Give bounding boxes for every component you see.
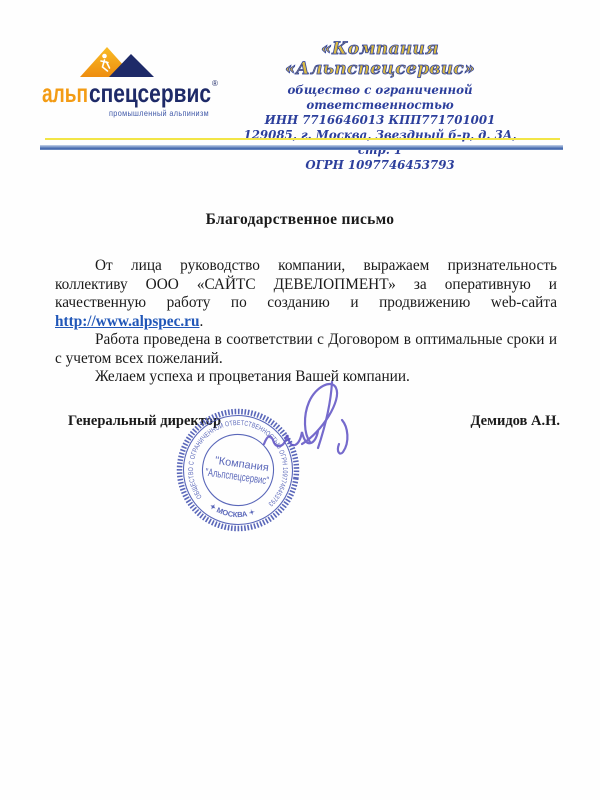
paragraph-1-period: . (199, 313, 203, 330)
letter-page: альп спецсервис ® промышленный альпинизм… (0, 0, 600, 800)
director-signature (252, 372, 367, 464)
logo-text-part2: спецсервис (89, 78, 211, 108)
paragraph-1: От лица руководство компании, выражаем п… (55, 257, 557, 331)
logo-tagline: промышленный альпинизм (109, 108, 209, 118)
company-ogrn: ОГРН 1097746453793 (232, 158, 528, 173)
paragraph-2: Работа проведена в соответствии с Догово… (55, 331, 557, 368)
company-inn-kpp: ИНН 7716646013 КПП771701001 (232, 113, 528, 128)
logo-text-part1: альп (42, 78, 88, 108)
website-link[interactable]: http://www.alpspec.ru (55, 313, 199, 330)
company-address: 129085, г. Москва, Звездный б-р, д. 3А, … (232, 128, 528, 158)
letter-title: Благодарственное письмо (0, 211, 600, 229)
divider-yellow (45, 138, 560, 140)
letterhead-info: «Компания «Альпспецсервис» общество с ог… (232, 39, 528, 173)
company-legal-form: общество с ограниченной ответственностью (232, 83, 528, 113)
company-title: «Компания «Альпспецсервис» (232, 39, 528, 79)
divider-blue (40, 145, 563, 150)
registered-mark-icon: ® (212, 79, 218, 88)
paragraph-1-text: От лица руководство компании, выражаем п… (55, 257, 557, 311)
letter-body: От лица руководство компании, выражаем п… (55, 257, 557, 387)
director-name: Демидов А.Н. (471, 413, 561, 430)
company-logo: альп спецсервис ® промышленный альпинизм (40, 40, 220, 122)
signature-tail (338, 420, 348, 454)
